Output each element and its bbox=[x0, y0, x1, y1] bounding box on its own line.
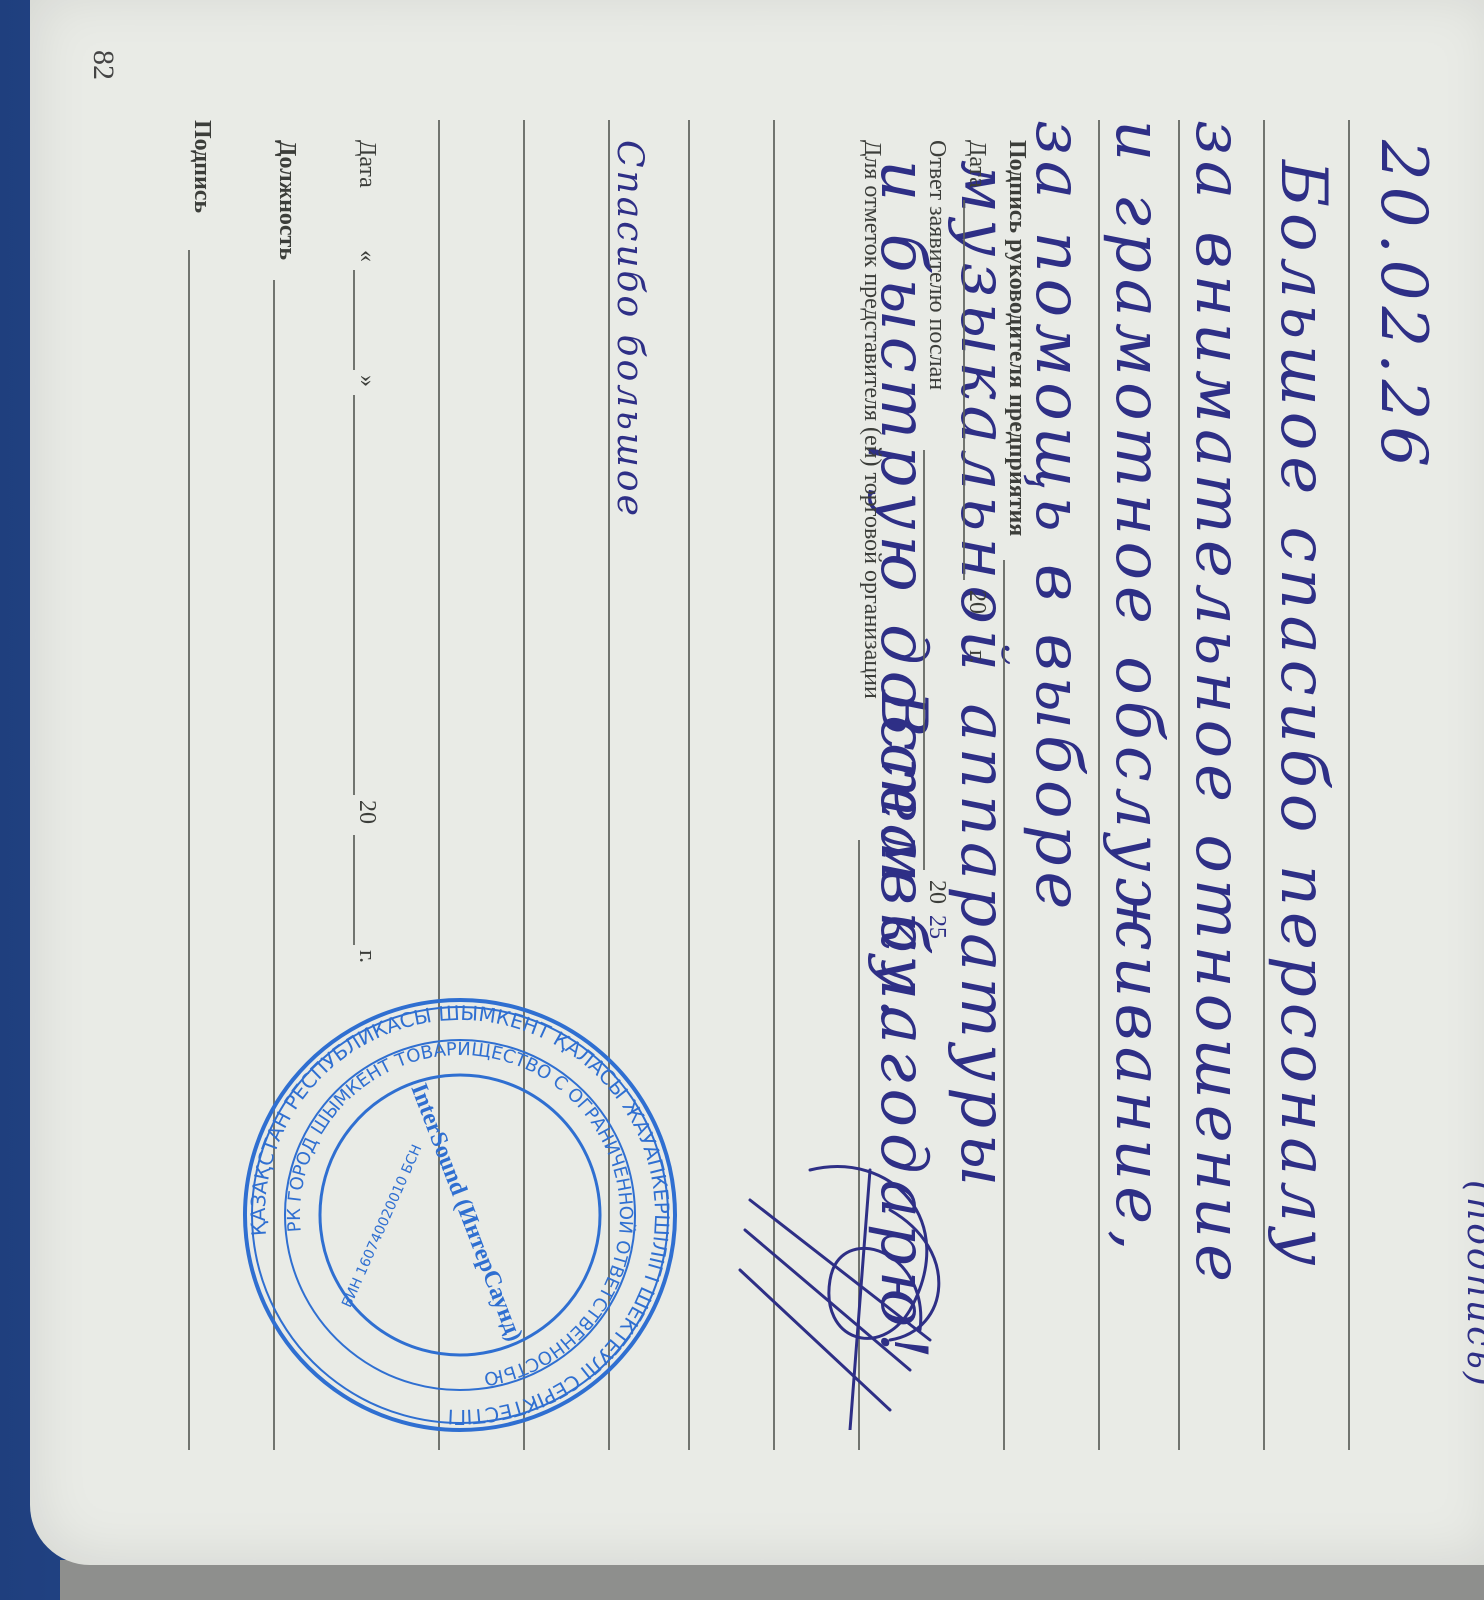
answer-year-value: 25 bbox=[923, 915, 950, 939]
handwritten-line: за внимательное отношение bbox=[1181, 120, 1255, 1288]
ruled-line bbox=[1098, 120, 1100, 1450]
month-line bbox=[353, 395, 355, 795]
stamp-id-text: БИН 160740020010 БСН bbox=[339, 1142, 425, 1310]
bottom-year-suffix: г. bbox=[353, 950, 380, 963]
manager-signature-label: Подпись руководителя предприятия bbox=[1003, 140, 1030, 536]
reviewer-notes-label: Для отметок представителя (ей) торговой … bbox=[858, 140, 885, 699]
bottom-date-label: Дата bbox=[353, 140, 380, 188]
answer-sent-line bbox=[923, 450, 925, 870]
handwritten-line: за помощь в выборе bbox=[1021, 120, 1095, 915]
date-line bbox=[963, 200, 965, 580]
bottom-year-prefix: 20 bbox=[353, 800, 380, 824]
day-line bbox=[353, 270, 355, 370]
handwritten-line: Большое спасибо персоналу bbox=[1266, 160, 1340, 1271]
page-edge bbox=[60, 1560, 1484, 1600]
position-label: Должность bbox=[273, 140, 300, 260]
quote-close: » bbox=[353, 375, 380, 387]
ruled-line bbox=[1178, 120, 1180, 1450]
document-page: (подпись) 20.02.26 Большое спасибо персо… bbox=[30, 0, 1484, 1565]
year-line bbox=[353, 835, 355, 945]
handwritten-date: 20.02.26 bbox=[1366, 140, 1440, 473]
signature-line bbox=[188, 250, 190, 1450]
year-suffix: г. bbox=[963, 650, 990, 663]
quote-open: « bbox=[353, 250, 380, 262]
ruled-line bbox=[1348, 120, 1350, 1450]
answer-sent-label: Ответ заявителю послан bbox=[923, 140, 950, 390]
handwritten-line: и грамотное обслуживание, bbox=[1101, 120, 1175, 1257]
answer-year-prefix: 20 bbox=[923, 880, 950, 904]
reviewer-note-handwritten: Спасибо большое bbox=[609, 140, 650, 519]
handwritten-signature bbox=[730, 1130, 970, 1430]
manager-signature-line bbox=[1003, 560, 1005, 1450]
handwritten-note: (подпись) bbox=[1459, 1180, 1484, 1389]
ruled-line bbox=[1263, 120, 1265, 1450]
date-label: Дата bbox=[963, 140, 990, 188]
page-number: 82 bbox=[86, 50, 120, 80]
company-stamp: ҚАЗАҚСТАН РЕСПУБЛИКАСЫ ШЫМКЕНТ ҚАЛАСЫ ЖА… bbox=[213, 968, 708, 1463]
stamp-center-text: InterSound (ИнтерСаунд) bbox=[405, 1080, 527, 1345]
signature-label: Подпись bbox=[188, 120, 215, 213]
year-prefix: 20 bbox=[963, 590, 990, 614]
